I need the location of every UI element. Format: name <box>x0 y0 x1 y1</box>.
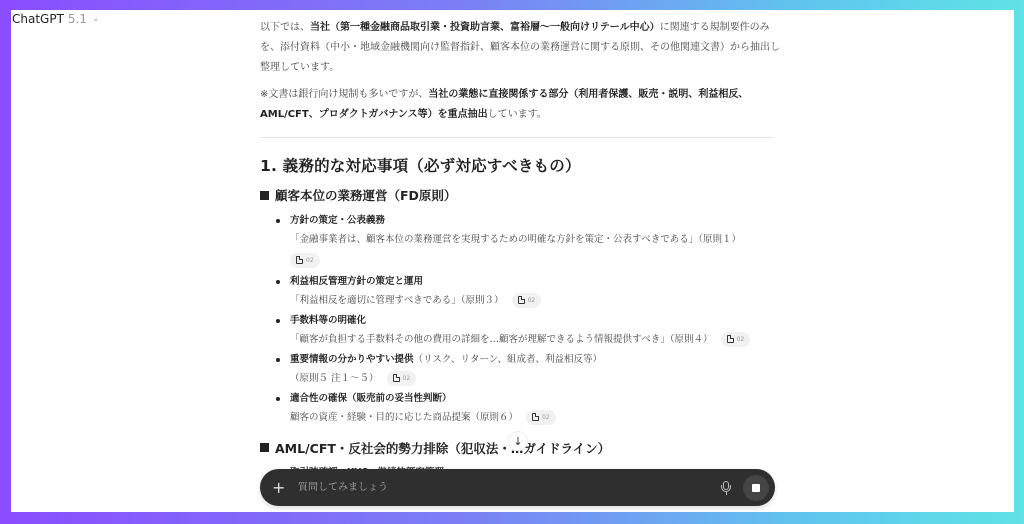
citation-chip[interactable]: 02 <box>387 371 417 386</box>
model-picker[interactable]: ChatGPT 5.1 ⌄ <box>12 12 100 26</box>
citation-chip[interactable]: 02 <box>721 332 751 347</box>
item-desc-text: 「顧客が負担する手数料その他の費用の詳細を…顧客が理解できるよう情報提供すべき」… <box>290 330 713 349</box>
item-desc-text: 「利益相反を適切に管理すべきである」（原則３） <box>290 291 504 310</box>
chat-window: ChatGPT 5.1 ⌄ 以下では、当社（第一種金融商品取引業・投資助言業、富… <box>11 10 1014 512</box>
list-item: 重要情報の分かりやすい提供（リスク、リターン、組成者、利益相反等） （原則５ 注… <box>274 351 780 388</box>
citation-label: 02 <box>528 291 536 310</box>
item-title: 手数料等の明確化 <box>290 312 780 330</box>
document-icon <box>727 335 734 343</box>
item-title-text: 重要情報の分かりやすい提供 <box>290 354 414 365</box>
prompt-input[interactable] <box>298 482 719 493</box>
item-desc-text: 「金融事業者は、顧客本位の業務運営を実現するための明確な方針を策定・公表すべきで… <box>290 230 741 249</box>
list-item: 手数料等の明確化 「顧客が負担する手数料その他の費用の詳細を…顧客が理解できるよ… <box>274 312 780 349</box>
item-description: 顧客の資産・経験・目的に応じた商品提案（原則６） 02 <box>290 408 780 427</box>
arrow-down-icon: ↓ <box>513 435 522 448</box>
citation-chip[interactable]: 02 <box>526 410 556 425</box>
document-icon <box>393 374 400 382</box>
note-text: ※文書は銀行向け規制も多いですが、 <box>260 89 428 100</box>
stop-icon <box>752 484 760 492</box>
item-description: 「金融事業者は、顧客本位の業務運営を実現するための明確な方針を策定・公表すべきで… <box>290 230 780 249</box>
stop-button[interactable] <box>743 475 769 501</box>
item-title: 利益相反管理方針の策定と運用 <box>290 273 780 291</box>
item-desc-text: （原則５ 注１〜５） <box>290 369 379 388</box>
composer: + <box>260 469 775 506</box>
item-title: 適合性の確保（販売前の妥当性判断） <box>290 390 780 408</box>
scroll-to-bottom-button[interactable]: ↓ <box>508 431 528 451</box>
square-bullet-icon <box>260 443 269 452</box>
item-desc-text: 顧客の資産・経験・目的に応じた商品提案（原則６） <box>290 408 518 427</box>
subsection-heading-fd: 顧客本位の業務運営（FD原則） <box>260 186 780 204</box>
item-title: 方針の策定・公表義務 <box>290 212 780 230</box>
document-icon <box>532 413 539 421</box>
item-description: （原則５ 注１〜５） 02 <box>290 369 780 388</box>
citation-label: 02 <box>403 369 411 388</box>
section-heading: 1. 義務的な対応事項（必ず対応すべきもの） <box>260 154 780 176</box>
app-name: ChatGPT <box>12 12 64 26</box>
citation-chip[interactable]: 02 <box>512 293 542 308</box>
document-icon <box>296 256 303 264</box>
plus-icon[interactable]: + <box>272 480 286 496</box>
item-description: 「利益相反を適切に管理すべきである」（原則３） 02 <box>290 291 780 310</box>
intro-bold: 当社（第一種金融商品取引業・投資助言業、富裕層〜一般向けリテール中心） <box>310 22 660 33</box>
citation-label: 02 <box>737 330 745 349</box>
item-title: 重要情報の分かりやすい提供（リスク、リターン、組成者、利益相反等） <box>290 351 780 369</box>
intro-text: 以下では、 <box>260 22 310 33</box>
model-version: 5.1 <box>68 12 87 26</box>
citation-label: 02 <box>542 408 550 427</box>
citation-chip[interactable]: 02 <box>290 253 320 268</box>
intro-paragraph: 以下では、当社（第一種金融商品取引業・投資助言業、富裕層〜一般向けリテール中心）… <box>260 18 780 78</box>
citation-label: 02 <box>306 257 314 264</box>
fd-requirements-list: 方針の策定・公表義務 「金融事業者は、顧客本位の業務運営を実現するための明確な方… <box>260 212 780 427</box>
document-icon <box>518 296 525 304</box>
microphone-icon[interactable] <box>719 480 733 496</box>
list-item: 利益相反管理方針の策定と運用 「利益相反を適切に管理すべきである」（原則３） 0… <box>274 273 780 310</box>
item-title-sub: （リスク、リターン、組成者、利益相反等） <box>414 354 602 365</box>
square-bullet-icon <box>260 191 269 200</box>
note-paragraph: ※文書は銀行向け規制も多いですが、当社の業態に直接関係する部分（利用者保護、販売… <box>260 85 780 125</box>
assistant-message: 以下では、当社（第一種金融商品取引業・投資助言業、富裕層〜一般向けリテール中心）… <box>260 18 780 483</box>
list-item: 適合性の確保（販売前の妥当性判断） 顧客の資産・経験・目的に応じた商品提案（原則… <box>274 390 780 427</box>
list-item: 方針の策定・公表義務 「金融事業者は、顧客本位の業務運営を実現するための明確な方… <box>274 212 780 271</box>
note-text-2: しています。 <box>488 109 547 120</box>
divider <box>260 137 774 138</box>
chevron-down-icon: ⌄ <box>92 14 100 24</box>
subsection-title: 顧客本位の業務運営（FD原則） <box>275 186 456 204</box>
subsection-title: AML/CFT・反社会的勢力排除（犯収法・…ガイドライン） <box>275 439 610 457</box>
item-description: 「顧客が負担する手数料その他の費用の詳細を…顧客が理解できるよう情報提供すべき」… <box>290 330 780 349</box>
